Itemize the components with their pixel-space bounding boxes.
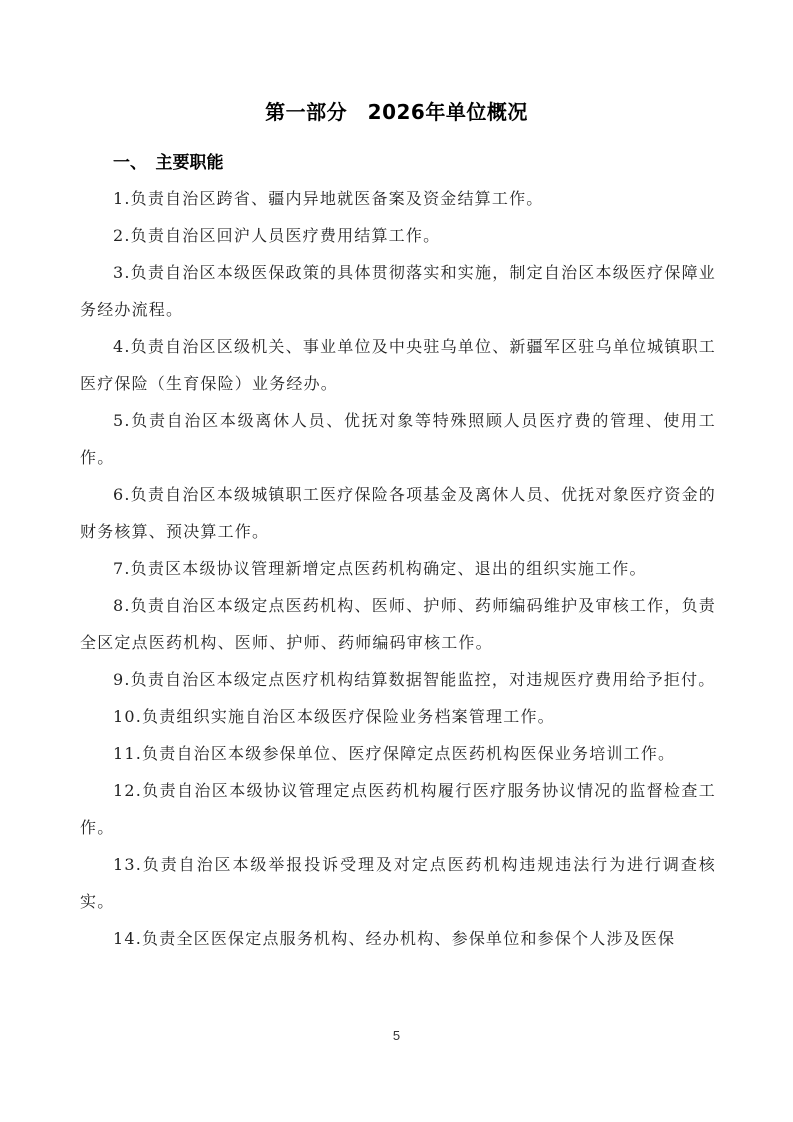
section-heading: 一、 主要职能 <box>113 148 224 173</box>
paragraph-3: 3.负责自治区本级医保政策的具体贯彻落实和实施，制定自治区本级医疗保障业务经办流… <box>80 254 716 328</box>
paragraph-2: 2.负责自治区回沪人员医疗费用结算工作。 <box>80 217 716 254</box>
paragraph-9: 9.负责自治区本级定点医疗机构结算数据智能监控，对违规医疗费用给予拒付。 <box>80 661 716 698</box>
page-title: 第一部分 2026年单位概况 <box>0 96 793 125</box>
paragraph-13: 13.负责自治区本级举报投诉受理及对定点医药机构违规违法行为进行调查核实。 <box>80 846 716 920</box>
paragraph-12: 12.负责自治区本级协议管理定点医药机构履行医疗服务协议情况的监督检查工作。 <box>80 772 716 846</box>
paragraph-5: 5.负责自治区本级离休人员、优抚对象等特殊照顾人员医疗费的管理、使用工作。 <box>80 402 716 476</box>
paragraph-7: 7.负责区本级协议管理新增定点医药机构确定、退出的组织实施工作。 <box>80 550 716 587</box>
paragraph-6: 6.负责自治区本级城镇职工医疗保险各项基金及离休人员、优抚对象医疗资金的财务核算… <box>80 476 716 550</box>
paragraph-11: 11.负责自治区本级参保单位、医疗保障定点医药机构医保业务培训工作。 <box>80 735 716 772</box>
paragraph-8: 8.负责自治区本级定点医药机构、医师、护师、药师编码维护及审核工作，负责全区定点… <box>80 587 716 661</box>
document-page: 第一部分 2026年单位概况 一、 主要职能 1.负责自治区跨省、疆内异地就医备… <box>0 0 793 1122</box>
paragraph-1: 1.负责自治区跨省、疆内异地就医备案及资金结算工作。 <box>80 180 716 217</box>
paragraph-10: 10.负责组织实施自治区本级医疗保险业务档案管理工作。 <box>80 698 716 735</box>
paragraph-4: 4.负责自治区区级机关、事业单位及中央驻乌单位、新疆军区驻乌单位城镇职工医疗保险… <box>80 328 716 402</box>
page-number: 5 <box>0 1028 793 1043</box>
document-body: 1.负责自治区跨省、疆内异地就医备案及资金结算工作。 2.负责自治区回沪人员医疗… <box>80 180 716 957</box>
paragraph-14: 14.负责全区医保定点服务机构、经办机构、参保单位和参保个人涉及医保 <box>80 920 716 957</box>
